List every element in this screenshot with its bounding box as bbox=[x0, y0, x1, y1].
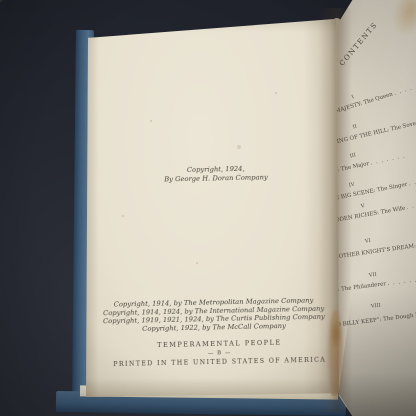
copyright-page-text: Copyright, 1924, By George H. Doran Comp… bbox=[88, 35, 345, 396]
publisher-copyright: Copyright, 1924, By George H. Doran Comp… bbox=[91, 162, 341, 185]
dot-leader: . . . . . . . bbox=[370, 152, 406, 166]
magazine-copyrights: Copyright, 1914, by The Metropolitan Mag… bbox=[88, 296, 339, 334]
contents-numeral: VII bbox=[369, 272, 377, 278]
contents-numeral: V bbox=[360, 203, 365, 209]
contents-numeral: VIII bbox=[371, 303, 381, 310]
foxing-specks bbox=[0, 0, 2, 2]
dot-leader: . . . . . bbox=[393, 83, 416, 96]
book-photo: CONTENTS I HER MAJESTY: The Queen. . . .… bbox=[0, 0, 416, 416]
contents-numeral: II bbox=[352, 124, 358, 131]
gutter-stain-dark-spot bbox=[330, 320, 342, 348]
dot-leader: . . . bbox=[408, 178, 416, 187]
dot-leader: . . . . . . . . bbox=[387, 275, 416, 286]
contents-numeral: VI bbox=[365, 238, 371, 244]
dot-leader: . . . . . . bbox=[406, 199, 416, 211]
